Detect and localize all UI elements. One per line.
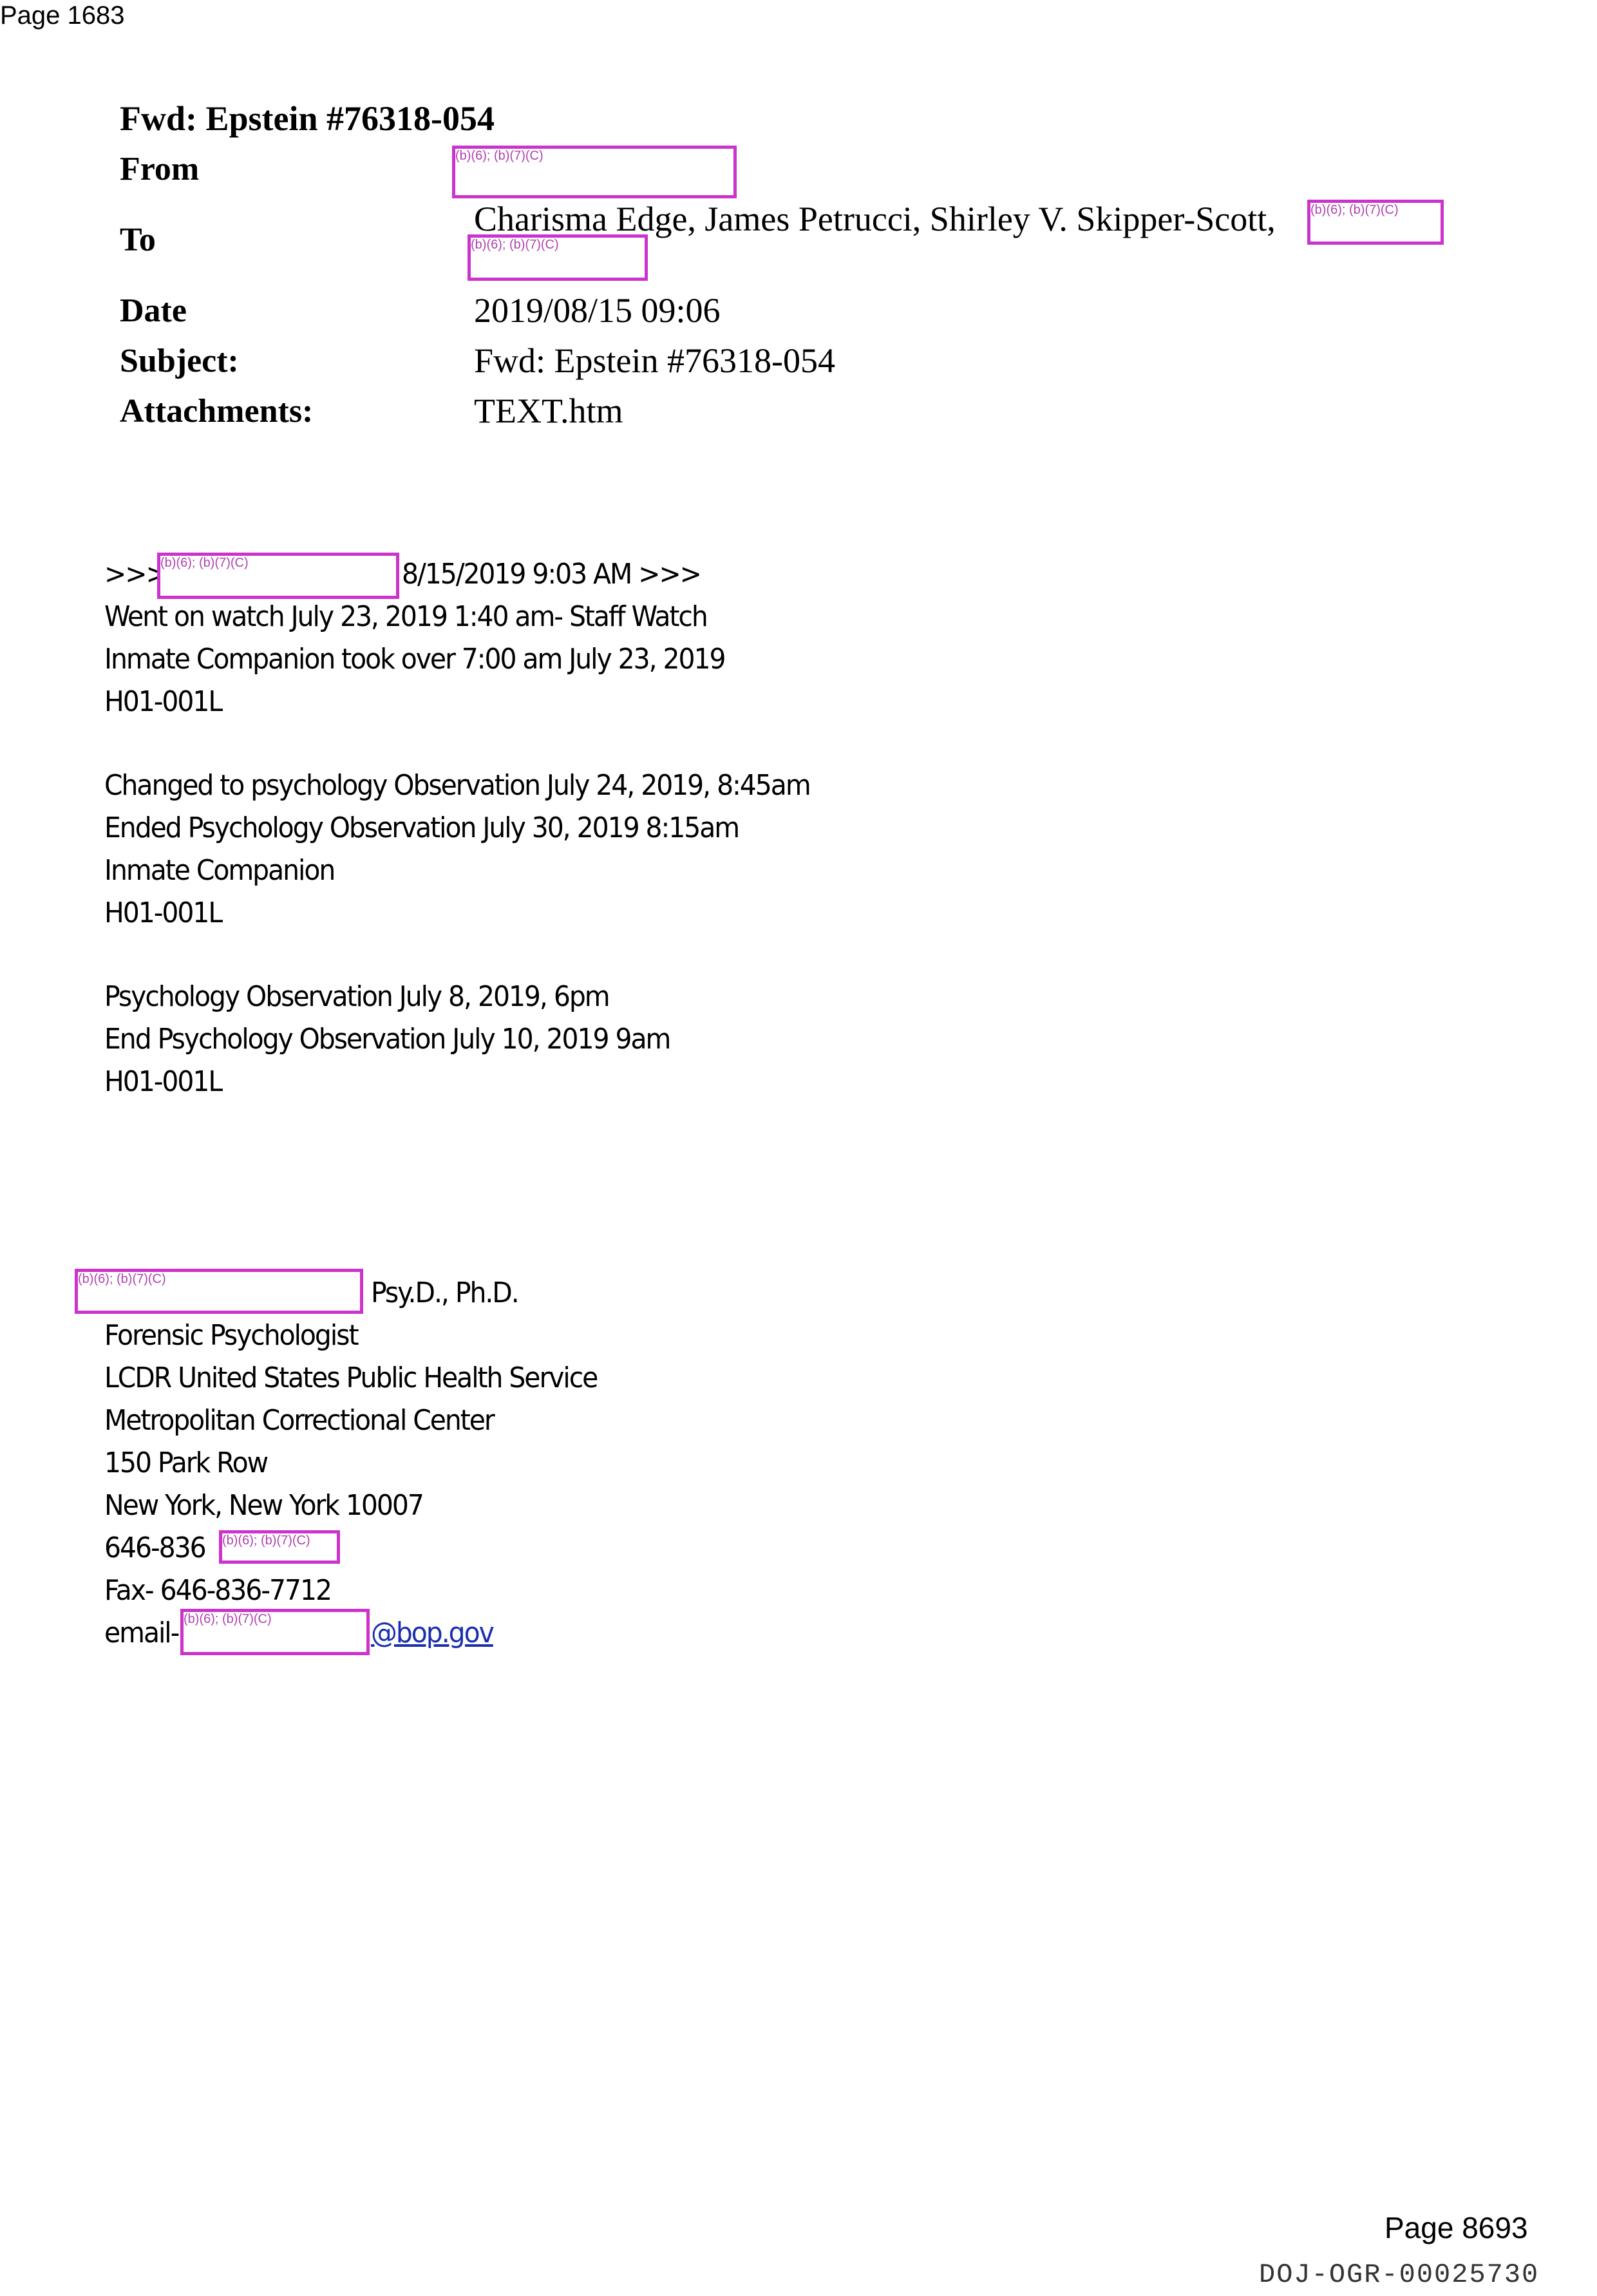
redaction-code: (b)(6); (b)(7)(C) bbox=[1310, 203, 1399, 217]
page-number-top: Page 1683 bbox=[0, 0, 125, 31]
body-line: H01-001L bbox=[104, 684, 222, 720]
body-line: Inmate Companion bbox=[104, 853, 334, 889]
bates-number: DOJ-OGR-00025730 bbox=[1259, 2259, 1539, 2290]
redaction-email: (b)(6); (b)(7)(C) bbox=[180, 1609, 370, 1655]
to-label: To bbox=[120, 220, 156, 260]
forward-timestamp: 8/15/2019 9:03 AM >>> bbox=[402, 556, 701, 593]
redaction-from: (b)(6); (b)(7)(C) bbox=[452, 146, 737, 198]
subject-value: Fwd: Epstein #76318-054 bbox=[474, 340, 835, 381]
body-line: H01-001L bbox=[104, 1064, 222, 1100]
body-line: End Psychology Observation July 10, 2019… bbox=[104, 1021, 670, 1058]
signature-line: LCDR United States Public Health Service bbox=[104, 1360, 597, 1396]
email-prefix: email- bbox=[104, 1615, 178, 1651]
signature-line: Forensic Psychologist bbox=[104, 1318, 357, 1354]
signature-line: New York, New York 10007 bbox=[104, 1488, 423, 1524]
redaction-code: (b)(6); (b)(7)(C) bbox=[471, 238, 559, 252]
redaction-code: (b)(6); (b)(7)(C) bbox=[160, 556, 249, 570]
redaction-to-2: (b)(6); (b)(7)(C) bbox=[468, 234, 648, 281]
attachments-label: Attachments: bbox=[120, 392, 313, 432]
body-line: Inmate Companion took over 7:00 am July … bbox=[104, 641, 724, 678]
redaction-phone: (b)(6); (b)(7)(C) bbox=[219, 1530, 340, 1564]
redaction-code: (b)(6); (b)(7)(C) bbox=[455, 149, 543, 163]
signature-credentials: Psy.D., Ph.D. bbox=[371, 1275, 518, 1311]
body-line: Went on watch July 23, 2019 1:40 am- Sta… bbox=[104, 599, 707, 635]
fax-number: Fax- 646-836-7712 bbox=[104, 1573, 331, 1609]
email-title: Fwd: Epstein #76318-054 bbox=[120, 98, 495, 139]
to-recipients: Charisma Edge, James Petrucci, Shirley V… bbox=[474, 198, 1276, 240]
body-line: Psychology Observation July 8, 2019, 6pm bbox=[104, 979, 609, 1015]
redaction-code: (b)(6); (b)(7)(C) bbox=[222, 1533, 310, 1548]
redaction-signature-name: (b)(6); (b)(7)(C) bbox=[75, 1269, 363, 1314]
email-domain-link[interactable]: @bop.gov bbox=[371, 1615, 493, 1651]
subject-label: Subject: bbox=[120, 341, 239, 381]
date-label: Date bbox=[120, 291, 187, 331]
redaction-sender: (b)(6); (b)(7)(C) bbox=[157, 553, 399, 599]
body-line: Ended Psychology Observation July 30, 20… bbox=[104, 810, 739, 846]
date-value: 2019/08/15 09:06 bbox=[474, 290, 721, 331]
redaction-to-1: (b)(6); (b)(7)(C) bbox=[1307, 200, 1444, 245]
redaction-code: (b)(6); (b)(7)(C) bbox=[78, 1272, 166, 1286]
redaction-code: (b)(6); (b)(7)(C) bbox=[184, 1612, 272, 1626]
body-line: Changed to psychology Observation July 2… bbox=[104, 768, 810, 804]
from-label: From bbox=[120, 149, 199, 189]
attachment-file[interactable]: TEXT.htm bbox=[474, 390, 623, 432]
signature-line: 150 Park Row bbox=[104, 1445, 267, 1481]
signature-line: Metropolitan Correctional Center bbox=[104, 1403, 494, 1439]
body-line: H01-001L bbox=[104, 895, 222, 931]
page-number-bottom: Page 8693 bbox=[1384, 2210, 1528, 2245]
phone-prefix: 646-836 bbox=[104, 1530, 205, 1566]
